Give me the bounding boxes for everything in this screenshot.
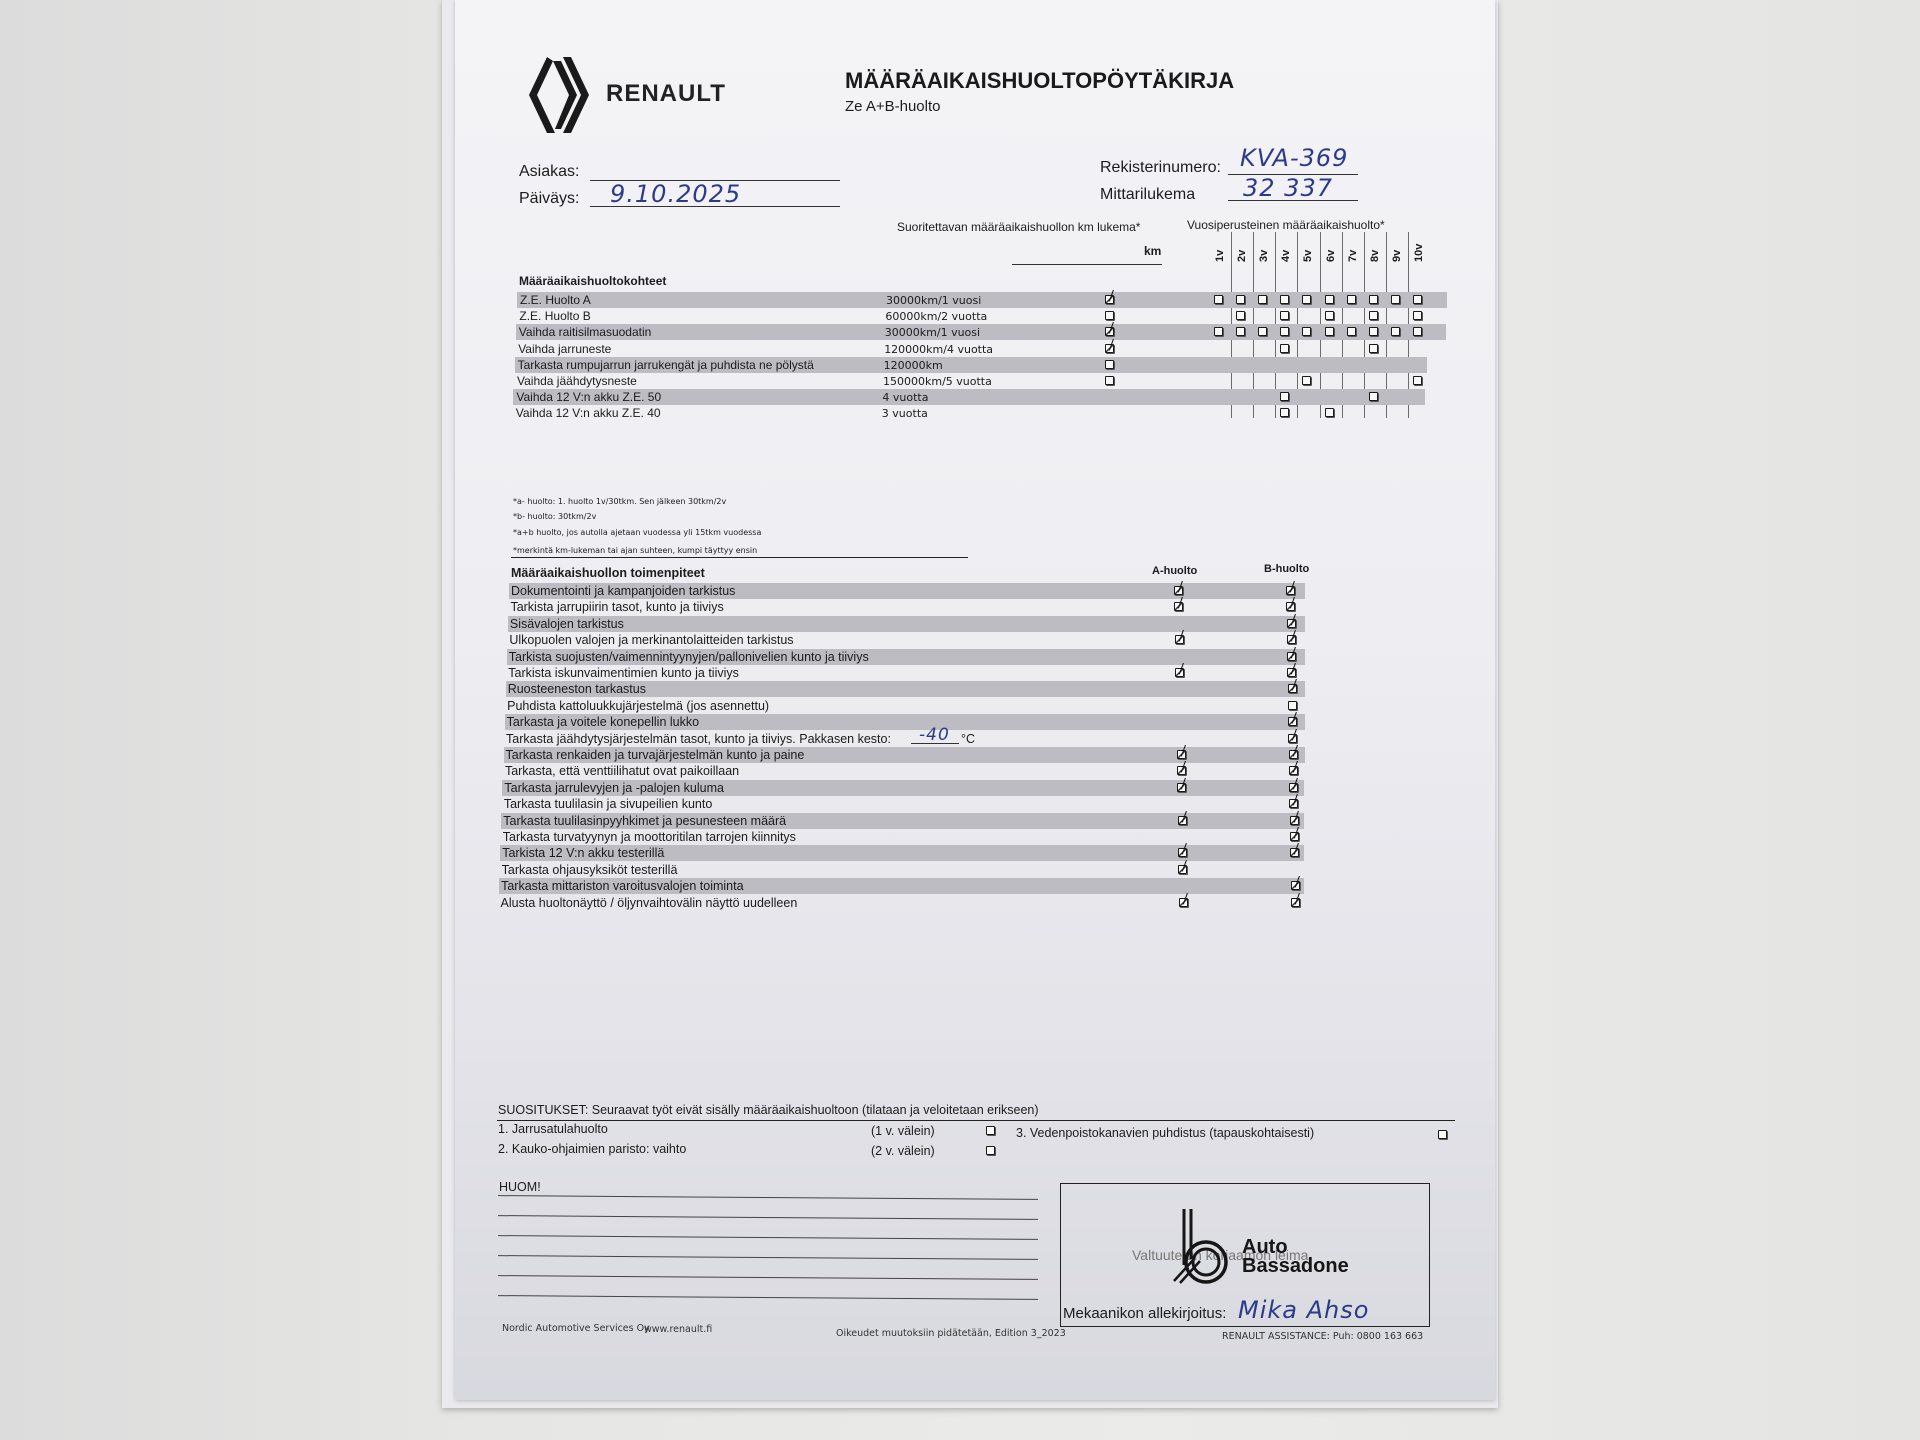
maintenance-item-interval: 120000km <box>884 359 943 372</box>
footer-edition: Oikeudet muutoksiin pidätetään, Edition … <box>836 1328 1066 1339</box>
year-8-checkbox[interactable] <box>1369 311 1378 320</box>
date-label: Päiväys: <box>519 190 579 208</box>
maintenance-item-label: Vaihda 12 V:n akku Z.E. 50 <box>516 390 661 404</box>
a-service-checkbox[interactable] <box>1178 865 1187 874</box>
year-column-label: 1v <box>1214 238 1226 262</box>
year-4-checkbox[interactable] <box>1280 408 1289 417</box>
footnote-text: *b- huolto: 30tkm/2v <box>513 512 596 521</box>
maintenance-item-interval: 60000km/2 vuotta <box>885 310 987 323</box>
maintenance-item-checkbox[interactable] <box>1105 327 1114 336</box>
maintenance-item-label: Tarkasta rumpujarrun jarrukengät ja puhd… <box>518 358 814 372</box>
service-action-label: Tarkasta tuulilasinpyyhkimet ja pesunest… <box>503 814 786 828</box>
km-reading-field[interactable] <box>1012 264 1162 265</box>
customer-label: Asiakas: <box>519 163 579 181</box>
b-service-checkbox[interactable] <box>1289 766 1298 775</box>
footnote-text: *a- huolto: 1. huolto 1v/30tkm. Sen jälk… <box>513 497 726 506</box>
year-8-checkbox[interactable] <box>1369 295 1378 304</box>
b-service-checkbox[interactable] <box>1288 734 1297 743</box>
service-action-label: Tarkista iskunvaimentimien kunto ja tiiv… <box>508 666 739 680</box>
b-service-checkbox[interactable] <box>1289 783 1298 792</box>
service-action-label: Sisävalojen tarkistus <box>510 617 624 631</box>
row-band <box>508 616 1305 632</box>
actions-section-title: Määräaikaishuollon toimenpiteet <box>511 566 705 580</box>
b-service-checkbox[interactable] <box>1288 684 1297 693</box>
b-service-header: B-huolto <box>1264 563 1309 575</box>
service-action-label: Tarkasta renkaiden ja turvajärjestelmän … <box>506 748 805 762</box>
footnote-text: *merkintä km-lukeman tai ajan suhteen, k… <box>513 546 757 555</box>
a-service-checkbox[interactable] <box>1175 635 1184 644</box>
maintenance-item-label: Vaihda raitisilmasuodatin <box>519 325 652 339</box>
odometer-label: Mittarilukema <box>1100 186 1195 204</box>
year-10-checkbox[interactable] <box>1413 376 1422 385</box>
year-5-checkbox[interactable] <box>1302 327 1311 336</box>
dealer-name: Auto Bassadone <box>1242 1238 1349 1276</box>
maintenance-item-interval: 30000km/1 vuosi <box>885 326 980 339</box>
maintenance-item-label: Z.E. Huolto A <box>520 293 591 307</box>
km-reading-header: Suoritettavan määräaikaishuollon km luke… <box>897 220 1140 234</box>
b-service-checkbox[interactable] <box>1290 816 1299 825</box>
maintenance-item-interval: 3 vuotta <box>882 407 928 420</box>
service-action-label: Tarkasta ja voitele konepellin lukko <box>507 715 699 729</box>
year-based-header: Vuosiperusteinen määräaikaishuolto* <box>1187 218 1385 232</box>
registration-label: Rekisterinumero: <box>1100 159 1221 177</box>
a-service-checkbox[interactable] <box>1174 586 1183 595</box>
service-action-label: Tarkista suojusten/vaimennintyynyjen/pal… <box>509 650 869 664</box>
a-service-checkbox[interactable] <box>1177 783 1186 792</box>
maintenance-item-label: Z.E. Huolto B <box>519 309 590 323</box>
brand-name: RENAULT <box>606 80 726 108</box>
year-10-checkbox[interactable] <box>1413 295 1422 304</box>
suggestion-1-interval: (1 v. välein) <box>871 1124 935 1138</box>
b-service-checkbox[interactable] <box>1289 799 1298 808</box>
service-action-label: Tarkasta mittariston varoitusvalojen toi… <box>501 879 743 893</box>
a-service-header: A-huolto <box>1152 565 1197 577</box>
a-service-checkbox[interactable] <box>1179 898 1188 907</box>
service-action-label: Tarkasta, että venttiilihatut ovat paiko… <box>505 764 739 778</box>
b-service-checkbox[interactable] <box>1287 668 1296 677</box>
footnote-text: *a+b huolto, jos autolla ajetaan vuodess… <box>513 528 761 537</box>
service-action-label: Puhdista kattoluukkujärjestelmä (jos ase… <box>507 699 769 713</box>
mechanic-signature-label: Mekaanikon allekirjoitus: <box>1063 1305 1226 1322</box>
service-action-label: Tarkasta jarrulevyjen ja -palojen kuluma <box>504 781 724 795</box>
footnote-divider <box>511 557 968 558</box>
year-6-checkbox[interactable] <box>1325 327 1334 336</box>
odometer-value: 32 337 <box>1243 174 1333 202</box>
dealer-name-line2: Bassadone <box>1242 1257 1349 1276</box>
suggestion-3-label: 3. Vedenpoistokanavien puhdistus (tapaus… <box>1016 1126 1314 1140</box>
maintenance-item-interval: 30000km/1 vuosi <box>886 294 981 307</box>
suggestion-2-checkbox[interactable] <box>986 1146 995 1155</box>
b-service-checkbox[interactable] <box>1291 881 1300 890</box>
a-service-checkbox[interactable] <box>1175 668 1184 677</box>
b-service-checkbox[interactable] <box>1286 602 1295 611</box>
year-column-label: 10v <box>1413 238 1425 262</box>
year-2-checkbox[interactable] <box>1236 311 1245 320</box>
year-6-checkbox[interactable] <box>1325 408 1334 417</box>
maintenance-item-checkbox[interactable] <box>1105 344 1114 353</box>
year-8-checkbox[interactable] <box>1369 392 1378 401</box>
year-column-label: 3v <box>1258 238 1270 262</box>
year-8-checkbox[interactable] <box>1369 344 1378 353</box>
a-service-checkbox[interactable] <box>1178 816 1187 825</box>
suggestions-divider <box>497 1120 1455 1121</box>
year-3-checkbox[interactable] <box>1258 295 1267 304</box>
year-column-label: 2v <box>1236 238 1248 262</box>
maintenance-item-checkbox[interactable] <box>1105 360 1114 369</box>
year-column-label: 4v <box>1280 238 1292 262</box>
auto-bassadone-logo-icon <box>1172 1207 1240 1285</box>
service-action-label: Tarkasta jäähdytysjärjestelmän tasot, ku… <box>506 732 891 746</box>
registration-value: KVA-369 <box>1240 144 1348 172</box>
maintenance-item-checkbox[interactable] <box>1105 311 1114 320</box>
date-value: 9.10.2025 <box>610 180 741 208</box>
notes-label: HUOM! <box>499 1180 541 1194</box>
year-9-checkbox[interactable] <box>1391 327 1400 336</box>
year-column-label: 7v <box>1347 238 1359 262</box>
year-4-checkbox[interactable] <box>1280 344 1289 353</box>
service-action-label: Dokumentointi ja kampanjoiden tarkistus <box>511 584 735 598</box>
suggestion-1-label: 1. Jarrusatulahuolto <box>498 1122 608 1136</box>
suggestion-2-label: 2. Kauko-ohjaimien paristo: vaihto <box>498 1142 686 1156</box>
renault-diamond-logo-icon <box>525 55 591 135</box>
year-column-label: 8v <box>1369 238 1381 262</box>
year-column-label: 5v <box>1302 238 1314 262</box>
a-service-checkbox[interactable] <box>1178 848 1187 857</box>
maintenance-item-label: Vaihda 12 V:n akku Z.E. 40 <box>516 406 661 420</box>
year-1-checkbox[interactable] <box>1214 295 1223 304</box>
service-action-label: Tarkasta tuulilasin ja sivupeilien kunto <box>504 797 712 811</box>
b-service-checkbox[interactable] <box>1291 898 1300 907</box>
service-action-label: Alusta huoltonäyttö / öljynvaihtovälin n… <box>501 896 798 910</box>
year-1-checkbox[interactable] <box>1214 327 1223 336</box>
service-action-label: Tarkasta turvatyynyn ja moottoritilan ta… <box>503 830 796 844</box>
b-service-checkbox[interactable] <box>1290 848 1299 857</box>
year-4-checkbox[interactable] <box>1280 392 1289 401</box>
year-6-checkbox[interactable] <box>1325 295 1334 304</box>
year-8-checkbox[interactable] <box>1369 327 1378 336</box>
year-3-checkbox[interactable] <box>1258 327 1267 336</box>
suggestions-header: SUOSITUKSET: Seuraavat työt eivät sisäll… <box>498 1103 1039 1117</box>
service-action-label: Ruosteeneston tarkastus <box>508 682 646 696</box>
year-column-label: 9v <box>1391 238 1403 262</box>
footer-company: Nordic Automotive Services Oy <box>502 1323 650 1334</box>
b-service-checkbox[interactable] <box>1287 635 1296 644</box>
suggestion-3-checkbox[interactable] <box>1438 1130 1447 1139</box>
year-6-checkbox[interactable] <box>1325 311 1334 320</box>
b-service-checkbox[interactable] <box>1287 652 1296 661</box>
a-service-checkbox[interactable] <box>1174 602 1183 611</box>
maintenance-item-checkbox[interactable] <box>1105 295 1114 304</box>
km-unit-label: km <box>1144 244 1161 258</box>
maintenance-item-interval: 120000km/4 vuotta <box>884 343 993 356</box>
document-title: MÄÄRÄAIKAISHUOLTOPÖYTÄKIRJA <box>845 68 1234 94</box>
footer-assistance: RENAULT ASSISTANCE: Puh: 0800 163 663 <box>1222 1331 1423 1342</box>
year-5-checkbox[interactable] <box>1302 295 1311 304</box>
service-action-label: Tarkista 12 V:n akku testerillä <box>502 846 664 860</box>
document-subtitle: Ze A+B-huolto <box>845 98 940 115</box>
year-7-checkbox[interactable] <box>1347 295 1356 304</box>
b-service-checkbox[interactable] <box>1287 619 1296 628</box>
year-10-checkbox[interactable] <box>1413 327 1422 336</box>
service-action-label: Tarkasta ohjausyksiköt testerillä <box>502 863 678 877</box>
frost-resistance-unit: °C <box>961 732 975 746</box>
frost-resistance-value: -40 <box>919 725 950 745</box>
footer-website[interactable]: www.renault.fi <box>644 1324 712 1335</box>
mechanic-signature: Mika Ahso <box>1238 1296 1369 1324</box>
year-10-checkbox[interactable] <box>1413 311 1422 320</box>
maintenance-item-interval: 4 vuotta <box>882 391 928 404</box>
year-column-label: 6v <box>1325 238 1337 262</box>
year-4-checkbox[interactable] <box>1280 295 1289 304</box>
service-action-label: Ulkopuolen valojen ja merkinantolaitteid… <box>509 633 793 647</box>
items-section-title: Määräaikaishuoltokohteet <box>519 274 666 288</box>
b-service-checkbox[interactable] <box>1288 717 1297 726</box>
suggestion-1-checkbox[interactable] <box>986 1126 995 1135</box>
year-2-checkbox[interactable] <box>1236 295 1245 304</box>
year-7-checkbox[interactable] <box>1347 327 1356 336</box>
b-service-checkbox[interactable] <box>1290 832 1299 841</box>
a-service-checkbox[interactable] <box>1177 766 1186 775</box>
maintenance-item-interval: 150000km/5 vuotta <box>883 375 992 388</box>
suggestion-2-interval: (2 v. välein) <box>871 1144 935 1158</box>
b-service-checkbox[interactable] <box>1289 750 1298 759</box>
year-4-checkbox[interactable] <box>1280 311 1289 320</box>
year-4-checkbox[interactable] <box>1280 327 1289 336</box>
b-service-checkbox[interactable] <box>1286 586 1295 595</box>
year-5-checkbox[interactable] <box>1302 376 1311 385</box>
service-action-label: Tarkista jarrupiirin tasot, kunto ja tii… <box>510 600 723 614</box>
year-9-checkbox[interactable] <box>1391 295 1400 304</box>
maintenance-item-label: Vaihda jarruneste <box>518 342 611 356</box>
maintenance-item-label: Vaihda jäähdytysneste <box>517 374 637 388</box>
maintenance-item-checkbox[interactable] <box>1105 376 1114 385</box>
b-service-checkbox[interactable] <box>1288 701 1297 710</box>
a-service-checkbox[interactable] <box>1177 750 1186 759</box>
year-2-checkbox[interactable] <box>1236 327 1245 336</box>
